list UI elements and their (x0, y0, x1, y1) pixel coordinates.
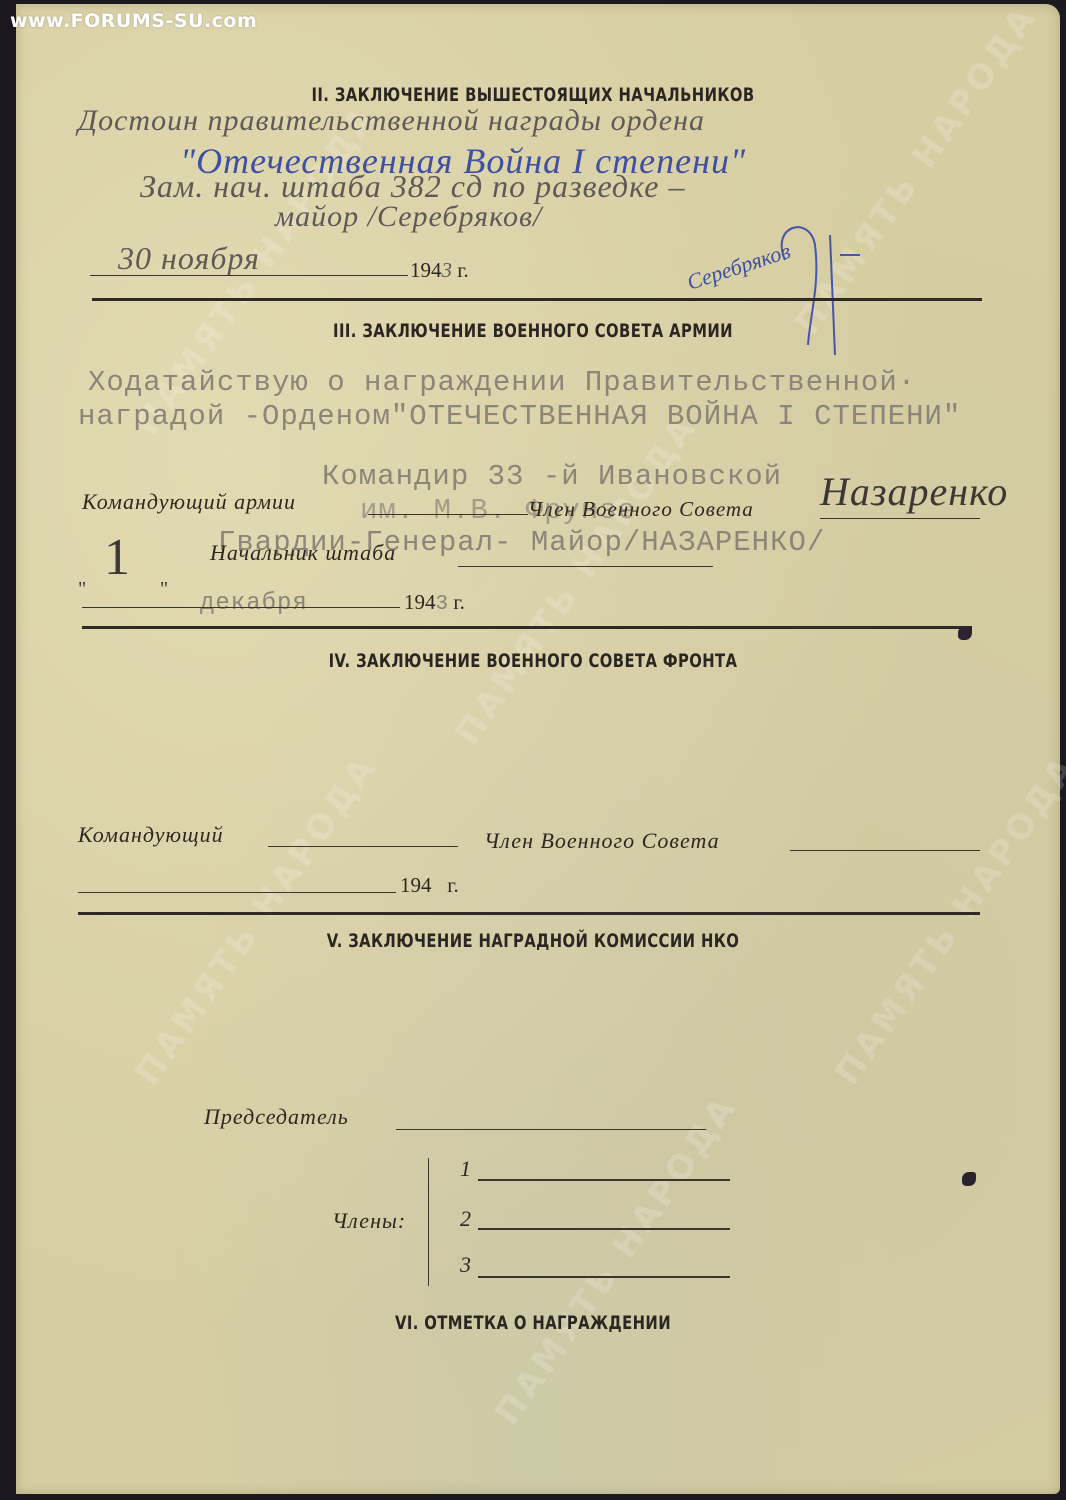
site-watermark: www.FORUMS-SU.com (10, 10, 257, 32)
svg-text:Серебряков: Серебряков (684, 238, 794, 295)
signature-serebryakov: Серебряков (690, 215, 870, 375)
member-number-2: 2 (460, 1206, 472, 1232)
section4-member-line (790, 850, 980, 851)
member-line-2 (478, 1228, 730, 1230)
section4-heading: IV. ЗАКЛЮЧЕНИЕ ВОЕННОГО СОВЕТА ФРОНТА (117, 650, 948, 672)
section6-heading: VI. ОТМЕТКА О НАГРАЖДЕНИИ (117, 1312, 948, 1334)
section2-date: 30 ноября (118, 240, 260, 277)
section3-label-commander: Командующий армии (82, 489, 296, 515)
section2-year: 1943 г. (410, 258, 469, 283)
member-number-3: 3 (460, 1252, 472, 1278)
section5-label-members: Члены: (332, 1208, 406, 1234)
section5-chairman-line (396, 1129, 706, 1130)
section2-handwritten-line4: майор /Серебряков/ (275, 200, 542, 234)
section5-heading: V. ЗАКЛЮЧЕНИЕ НАГРАДНОЙ КОМИССИИ НКО (117, 930, 948, 952)
section2-handwritten-line1: Достоин правительственной награды ордена (78, 104, 705, 138)
section3-year: 1943 г. (404, 590, 465, 616)
section-divider (82, 626, 972, 629)
section3-heading: III. ЗАКЛЮЧЕНИЕ ВОЕННОГО СОВЕТА АРМИИ (117, 320, 948, 342)
section4-commander-line (268, 846, 458, 847)
section3-member-line (820, 518, 980, 519)
signature-nazarenko: Назаренко (820, 468, 1008, 515)
section4-date-line (78, 892, 396, 893)
section3-label-chief: Начальник штаба (210, 540, 396, 566)
member-line-3 (478, 1276, 730, 1278)
section4-label-member: Член Военного Совета (484, 828, 720, 854)
section3-typed-commander1: Командир 33 -й Ивановской (322, 460, 782, 493)
members-bracket (428, 1158, 429, 1286)
section3-commander-line (368, 514, 528, 515)
section3-month: декабря (200, 590, 308, 617)
pin-hole (962, 1172, 976, 1186)
section3-typed-line2: наградой -Орденом"ОТЕЧЕСТВЕННАЯ ВОЙНА I … (78, 400, 961, 433)
section3-day: 1 (104, 528, 131, 587)
section2-date-line (90, 275, 408, 276)
section4-label-commander: Командующий (78, 822, 224, 848)
section5-label-chairman: Председатель (204, 1104, 349, 1130)
member-line-1 (478, 1179, 730, 1181)
section3-label-member: Член Военного Совета (528, 497, 754, 522)
section2-heading: II. ЗАКЛЮЧЕНИЕ ВЫШЕСТОЯЩИХ НАЧАЛЬНИКОВ (117, 84, 948, 106)
section-divider (92, 298, 982, 301)
section4-year: 194 г. (400, 873, 459, 898)
member-number-1: 1 (460, 1156, 472, 1182)
quote-open: " (78, 578, 86, 601)
section-divider (78, 912, 980, 915)
section3-chief-line (458, 566, 713, 567)
pin-hole (958, 626, 972, 640)
section3-date-line (82, 607, 400, 608)
quote-close: " (160, 578, 168, 601)
section3-typed-line1: Ходатайствую о награждении Правительстве… (88, 366, 916, 399)
